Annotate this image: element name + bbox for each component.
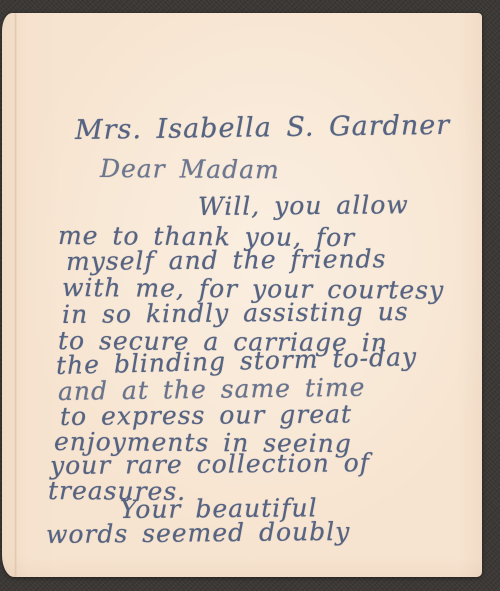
letter-card: Mrs. Isabella S. Gardner Dear Madam Will… [2, 13, 482, 577]
body-line: in so kindly assisting us [62, 297, 409, 330]
recipient-line: Mrs. Isabella S. Gardner [75, 111, 451, 146]
body-line: Will, you allow [198, 190, 409, 222]
fold-crease [14, 13, 17, 577]
body-line: myself and the friends [66, 244, 387, 277]
body-line: words seemed doubly [46, 517, 351, 550]
photo-background: Mrs. Isabella S. Gardner Dear Madam Will… [0, 0, 500, 591]
salutation-line: Dear Madam [100, 154, 280, 185]
